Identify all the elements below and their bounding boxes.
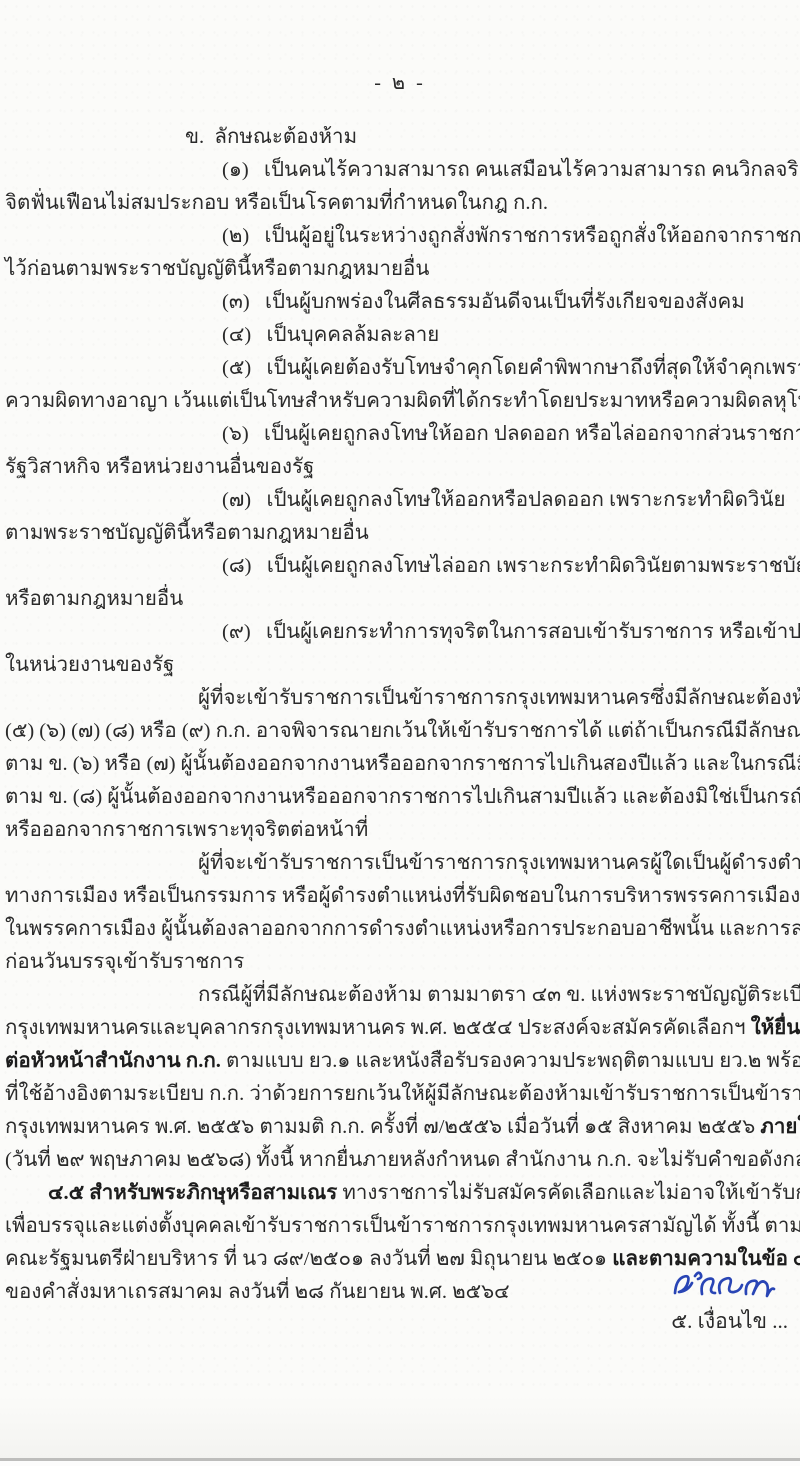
body-text: (๔) เป็นบุคคลล้มละลาย xyxy=(222,324,439,346)
emphasis-text: ๔.๕ สำหรับพระภิกษุหรือสามเณร xyxy=(48,1182,337,1204)
text-line: กรณีผู้ที่มีลักษณะต้องห้าม ตามมาตรา ๔๓ ข… xyxy=(0,979,800,1012)
body-text: (๕) เป็นผู้เคยต้องรับโทษจำคุกโดยคำพิพากษ… xyxy=(222,357,800,379)
text-line: (๑) เป็นคนไร้ความสามารถ คนเสมือนไร้ความส… xyxy=(0,154,800,187)
body-text: ข. ลักษณะต้องห้าม xyxy=(185,126,357,148)
text-line: (๔) เป็นบุคคลล้มละลาย xyxy=(0,319,800,352)
body-text: คณะรัฐมนตรีฝ่ายบริหาร ที่ นว ๘๙/๒๕๐๑ ลงว… xyxy=(5,1248,612,1270)
body-text: ก่อนวันบรรจุเข้ารับราชการ xyxy=(5,951,244,973)
text-line: (๖) เป็นผู้เคยถูกลงโทษให้ออก ปลดออก หรือ… xyxy=(0,418,800,451)
text-line: ตาม ข. (๖) หรือ (๗) ผู้นั้นต้องออกจากงาน… xyxy=(0,748,800,781)
body-text: ผู้ที่จะเข้ารับราชการเป็นข้าราชการกรุงเท… xyxy=(198,852,800,874)
text-line: (๕) (๖) (๗) (๘) หรือ (๙) ก.ก. อาจพิจารณา… xyxy=(0,715,800,748)
text-line: ในหน่วยงานของรัฐ xyxy=(0,649,800,682)
body-text: (วันที่ ๒๙ พฤษภาคม ๒๕๖๘) ทั้งนี้ หากยื่น… xyxy=(5,1149,800,1171)
text-line: ในพรรคการเมือง ผู้นั้นต้องลาออกจากการดำร… xyxy=(0,913,800,946)
text-line: ทางการเมือง หรือเป็นกรรมการ หรือผู้ดำรงต… xyxy=(0,880,800,913)
body-text: ตามพระราชบัญญัตินี้หรือตามกฎหมายอื่น xyxy=(5,522,369,544)
document-body: ข. ลักษณะต้องห้าม(๑) เป็นคนไร้ความสามารถ… xyxy=(0,121,800,1309)
body-text: จิตฟั่นเฟือนไม่สมประกอบ หรือเป็นโรคตามที… xyxy=(5,192,548,214)
text-line: (๙) เป็นผู้เคยกระทำการทุจริตในการสอบเข้า… xyxy=(0,616,800,649)
scan-below-edge xyxy=(0,1461,800,1466)
text-line: ไว้ก่อนตามพระราชบัญญัตินี้หรือตามกฎหมายอ… xyxy=(0,253,800,286)
body-text: เพื่อบรรจุและแต่งตั้งบุคคลเข้ารับราชการเ… xyxy=(5,1215,800,1237)
body-text: (๓) เป็นผู้บกพร่องในศีลธรรมอันดีจนเป็นที… xyxy=(222,291,745,313)
body-text: (๙) เป็นผู้เคยกระทำการทุจริตในการสอบเข้า… xyxy=(222,621,800,643)
body-text: ในหน่วยงานของรัฐ xyxy=(5,654,174,676)
text-line: (๒) เป็นผู้อยู่ในระหว่างถูกสั่งพักราชการ… xyxy=(0,220,800,253)
body-text: (๑) เป็นคนไร้ความสามารถ คนเสมือนไร้ความส… xyxy=(222,159,800,181)
body-text: ของคำสั่งมหาเถรสมาคม ลงวันที่ ๒๘ กันยายน… xyxy=(5,1281,510,1303)
body-text: ตามแบบ ยว.๑ และหนังสือรับรองความประพฤติต… xyxy=(221,1050,800,1072)
body-text: ตาม ข. (๖) หรือ (๗) ผู้นั้นต้องออกจากงาน… xyxy=(5,753,800,775)
text-line: ที่ใช้อ้างอิงตามระเบียบ ก.ก. ว่าด้วยการย… xyxy=(0,1078,800,1111)
body-text: ที่ใช้อ้างอิงตามระเบียบ ก.ก. ว่าด้วยการย… xyxy=(5,1083,800,1105)
emphasis-text: ต่อหัวหน้าสำนักงาน ก.ก. xyxy=(5,1050,221,1072)
body-text: กรณีผู้ที่มีลักษณะต้องห้าม ตามมาตรา ๔๓ ข… xyxy=(198,984,800,1006)
text-line: (๗) เป็นผู้เคยถูกลงโทษให้ออกหรือปลดออก เ… xyxy=(0,484,800,517)
text-line: รัฐวิสาหกิจ หรือหน่วยงานอื่นของรัฐ xyxy=(0,451,800,484)
body-text: (๖) เป็นผู้เคยถูกลงโทษให้ออก ปลดออก หรือ… xyxy=(222,423,800,445)
handwritten-initials xyxy=(668,1264,780,1304)
body-text: ทางการเมือง หรือเป็นกรรมการ หรือผู้ดำรงต… xyxy=(5,885,800,907)
text-line: (วันที่ ๒๙ พฤษภาคม ๒๕๖๘) ทั้งนี้ หากยื่น… xyxy=(0,1144,800,1177)
body-text: กรุงเทพมหานคร พ.ศ. ๒๕๕๖ ตามมติ ก.ก. ครั้… xyxy=(5,1116,760,1138)
text-line: ข. ลักษณะต้องห้าม xyxy=(0,121,800,154)
continuation-note: ๕. เงื่อนไข ... xyxy=(671,1306,788,1336)
body-text: ทางราชการไม่รับสมัครคัดเลือกและไม่อาจให้… xyxy=(337,1182,800,1204)
text-line: ตาม ข. (๘) ผู้นั้นต้องออกจากงานหรือออกจา… xyxy=(0,781,800,814)
text-line: กรุงเทพมหานคร พ.ศ. ๒๕๕๖ ตามมติ ก.ก. ครั้… xyxy=(0,1111,800,1144)
body-text: ในพรรคการเมือง ผู้นั้นต้องลาออกจากการดำร… xyxy=(5,918,800,940)
text-line: ก่อนวันบรรจุเข้ารับราชการ xyxy=(0,946,800,979)
text-line: ต่อหัวหน้าสำนักงาน ก.ก. ตามแบบ ยว.๑ และห… xyxy=(0,1045,800,1078)
body-text: รัฐวิสาหกิจ หรือหน่วยงานอื่นของรัฐ xyxy=(5,456,314,478)
body-text: (๒) เป็นผู้อยู่ในระหว่างถูกสั่งพักราชการ… xyxy=(222,225,800,247)
text-line: ๔.๕ สำหรับพระภิกษุหรือสามเณร ทางราชการไม… xyxy=(0,1177,800,1210)
body-text: กรุงเทพมหานครและบุคลากรกรุงเทพมหานคร พ.ศ… xyxy=(5,1017,751,1039)
text-line: ความผิดทางอาญา เว้นแต่เป็นโทษสำหรับความผ… xyxy=(0,385,800,418)
text-line: ผู้ที่จะเข้ารับราชการเป็นข้าราชการกรุงเท… xyxy=(0,682,800,715)
body-text: (๕) (๖) (๗) (๘) หรือ (๙) ก.ก. อาจพิจารณา… xyxy=(5,720,800,742)
body-text: ผู้ที่จะเข้ารับราชการเป็นข้าราชการกรุงเท… xyxy=(198,687,800,709)
emphasis-text: ให้ยื่นคำขอยกเว้น xyxy=(751,1017,800,1039)
text-line: (๘) เป็นผู้เคยถูกลงโทษไล่ออก เพราะกระทำผ… xyxy=(0,550,800,583)
body-text: (๗) เป็นผู้เคยถูกลงโทษให้ออกหรือปลดออก เ… xyxy=(222,489,785,511)
body-text: ไว้ก่อนตามพระราชบัญญัตินี้หรือตามกฎหมายอ… xyxy=(5,258,429,280)
text-line: จิตฟั่นเฟือนไม่สมประกอบ หรือเป็นโรคตามที… xyxy=(0,187,800,220)
body-text: หรือตามกฎหมายอื่น xyxy=(5,588,183,610)
scanned-document-page: { "page": { "number_label": "- \u0e52 -"… xyxy=(0,0,800,1466)
scan-bottom-shade xyxy=(0,1396,800,1458)
text-line: เพื่อบรรจุและแต่งตั้งบุคคลเข้ารับราชการเ… xyxy=(0,1210,800,1243)
body-text: ตาม ข. (๘) ผู้นั้นต้องออกจากงานหรือออกจา… xyxy=(5,786,800,808)
text-line: หรือตามกฎหมายอื่น xyxy=(0,583,800,616)
text-line: (๓) เป็นผู้บกพร่องในศีลธรรมอันดีจนเป็นที… xyxy=(0,286,800,319)
text-line: ผู้ที่จะเข้ารับราชการเป็นข้าราชการกรุงเท… xyxy=(0,847,800,880)
emphasis-text: ภายในวันปิดรับสมัคร xyxy=(760,1116,800,1138)
body-text: (๘) เป็นผู้เคยถูกลงโทษไล่ออก เพราะกระทำผ… xyxy=(222,555,800,577)
text-line: หรือออกจากราชการเพราะทุจริตต่อหน้าที่ xyxy=(0,814,800,847)
body-text: หรือออกจากราชการเพราะทุจริตต่อหน้าที่ xyxy=(5,819,368,841)
signature-ink-icon xyxy=(668,1264,780,1304)
text-line: ตามพระราชบัญญัตินี้หรือตามกฎหมายอื่น xyxy=(0,517,800,550)
text-line: (๕) เป็นผู้เคยต้องรับโทษจำคุกโดยคำพิพากษ… xyxy=(0,352,800,385)
page-number: - ๒ - xyxy=(0,66,800,98)
text-line: กรุงเทพมหานครและบุคลากรกรุงเทพมหานคร พ.ศ… xyxy=(0,1012,800,1045)
body-text: ความผิดทางอาญา เว้นแต่เป็นโทษสำหรับความผ… xyxy=(5,390,800,412)
